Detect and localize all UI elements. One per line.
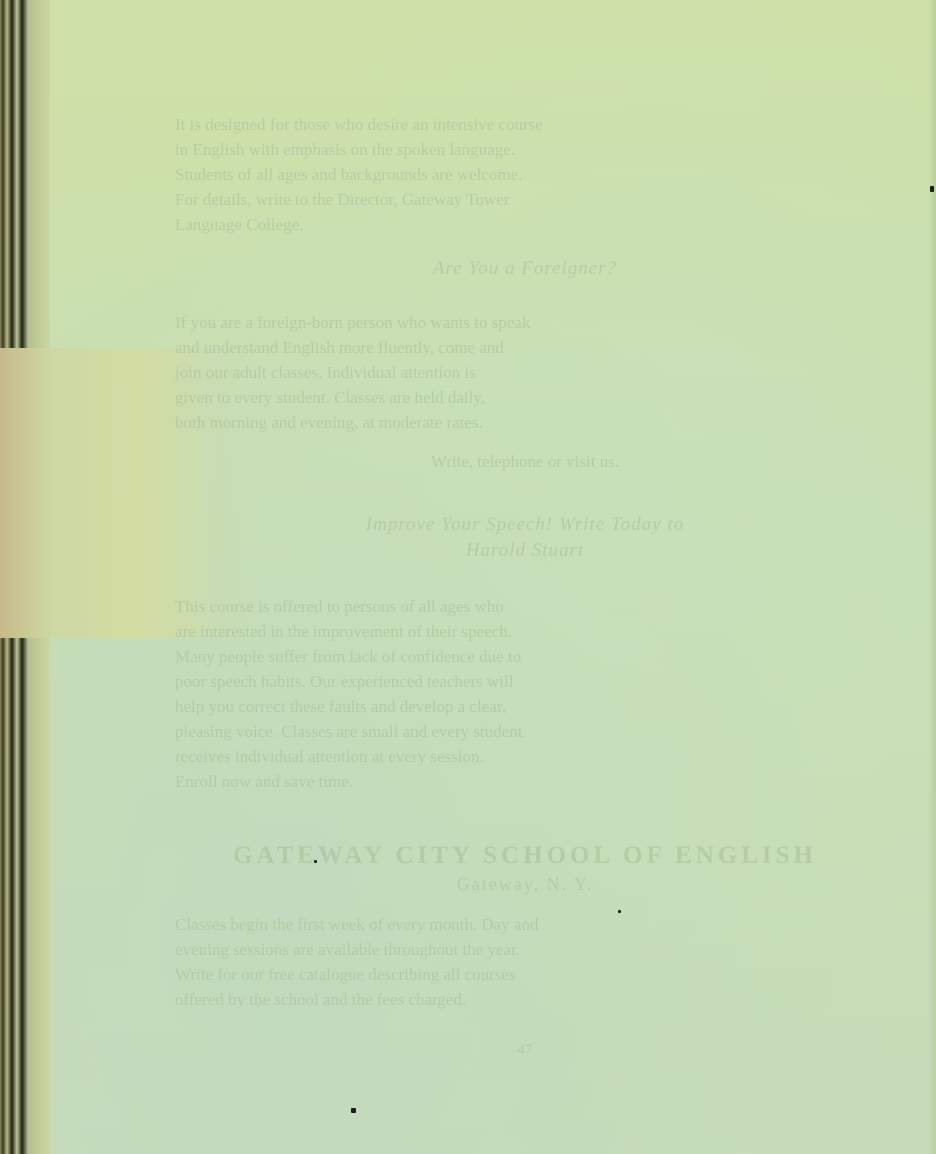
- text-line: Students of all ages and backgrounds are…: [175, 162, 875, 187]
- text-line: offered by the school and the fees charg…: [175, 987, 875, 1012]
- speck-mark: [930, 186, 934, 192]
- page-number: 47: [175, 1042, 875, 1059]
- text-line: Write for our free catalogue describing …: [175, 962, 875, 987]
- text-line: poor speech habits. Our experienced teac…: [175, 669, 875, 694]
- text-line: in English with emphasis on the spoken l…: [175, 137, 875, 162]
- speck-mark: [351, 1108, 356, 1113]
- scanned-page: It is designed for those who desire an i…: [0, 0, 936, 1154]
- text-line: It is designed for those who desire an i…: [175, 112, 875, 137]
- text-line: given to every student. Classes are held…: [175, 385, 875, 410]
- page-right-edge: [928, 0, 936, 1154]
- paragraph-1: It is designed for those who desire an i…: [175, 112, 875, 237]
- paragraph-3: This course is offered to persons of all…: [175, 594, 875, 794]
- text-line: and understand English more fluently, co…: [175, 335, 875, 360]
- text-line: For details, write to the Director, Gate…: [175, 187, 875, 212]
- heading-improve-speech-1: Improve Your Speech! Write Today to: [175, 514, 875, 536]
- school-location: Gateway, N. Y.: [175, 874, 875, 895]
- text-line: evening sessions are available throughou…: [175, 937, 875, 962]
- contact-line: Write, telephone or visit us.: [175, 452, 875, 472]
- text-line: pleasing voice. Classes are small and ev…: [175, 719, 875, 744]
- text-line: receives individual attention at every s…: [175, 744, 875, 769]
- text-line: both morning and evening, at moderate ra…: [175, 410, 875, 435]
- school-title: GATEWAY CITY SCHOOL OF ENGLISH: [175, 842, 875, 870]
- heading-improve-speech-2: Harold Stuart: [175, 540, 875, 562]
- paragraph-2: If you are a foreign-born person who wan…: [175, 310, 875, 435]
- speck-mark: [618, 910, 621, 913]
- text-line: are interested in the improvement of the…: [175, 619, 875, 644]
- paragraph-4: Classes begin the first week of every mo…: [175, 912, 875, 1012]
- text-line: Language College.: [175, 212, 875, 237]
- text-line: If you are a foreign-born person who wan…: [175, 310, 875, 335]
- text-line: This course is offered to persons of all…: [175, 594, 875, 619]
- text-line: Classes begin the first week of every mo…: [175, 912, 875, 937]
- text-line: join our adult classes. Individual atten…: [175, 360, 875, 385]
- text-line: Many people suffer from lack of confiden…: [175, 644, 875, 669]
- text-line: help you correct these faults and develo…: [175, 694, 875, 719]
- speck-mark: [314, 860, 317, 863]
- text-line: Enroll now and save time.: [175, 769, 875, 794]
- heading-foreigner: Are You a Foreigner?: [175, 258, 875, 280]
